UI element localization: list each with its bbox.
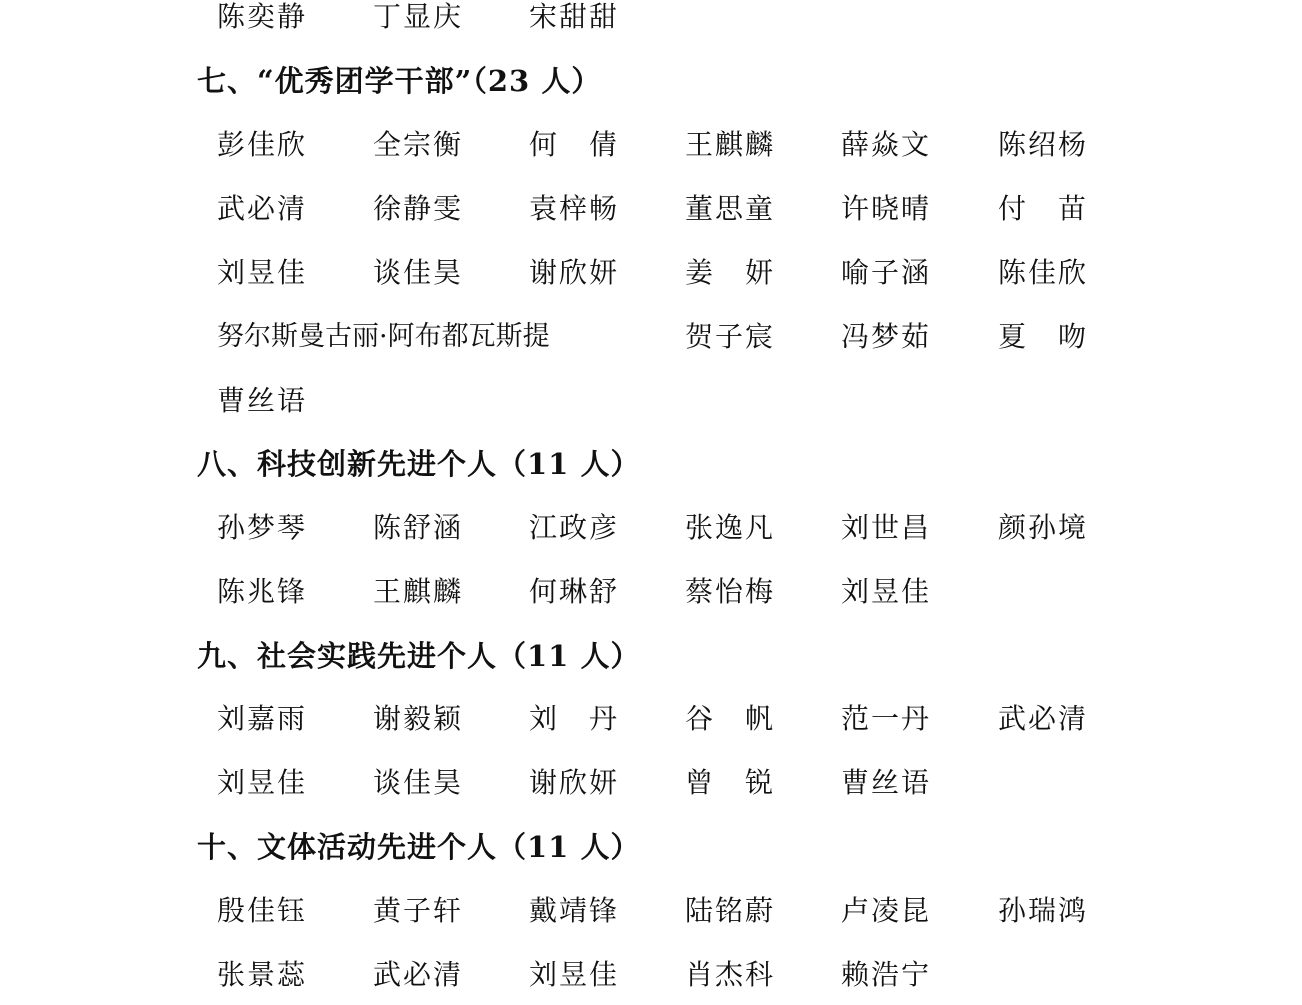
name: 全宗衡 (373, 125, 463, 165)
name: 赖浩宁 (841, 955, 931, 995)
name: 付 苗 (998, 189, 1088, 229)
name: 喻子涵 (841, 253, 931, 293)
section-heading-outstanding-cadres: 七、“优秀团学干部”（23 人） (197, 61, 601, 101)
name: 武必清 (373, 955, 463, 995)
name: 董思童 (685, 189, 775, 229)
name: 徐静雯 (373, 189, 463, 229)
name: 戴靖锋 (529, 891, 619, 931)
name-row: 陈奕静 丁显庆 宋甜甜 (0, 0, 1302, 37)
name: 姜 妍 (685, 253, 775, 293)
name: 武必清 (217, 189, 307, 229)
name: 宋甜甜 (529, 0, 619, 37)
name: 谢欣妍 (529, 253, 619, 293)
name: 谢毅颖 (373, 699, 463, 739)
name: 殷佳钰 (217, 891, 307, 931)
name: 武必清 (998, 699, 1088, 739)
name: 丁显庆 (373, 0, 463, 37)
section-heading-arts-sports: 十、文体活动先进个人（11 人） (197, 827, 640, 867)
name: 曹丝语 (841, 763, 931, 803)
name: 刘嘉雨 (217, 699, 307, 739)
name: 薛焱文 (841, 125, 931, 165)
name: 孙梦琴 (217, 508, 307, 548)
name: 彭佳欣 (217, 125, 307, 165)
name: 陈绍杨 (998, 125, 1088, 165)
name: 张逸凡 (685, 508, 775, 548)
name: 颜孙境 (998, 508, 1088, 548)
name: 谷 帆 (685, 699, 775, 739)
name: 卢凌昆 (841, 891, 931, 931)
name: 刘昱佳 (841, 572, 931, 612)
name: 许晓晴 (841, 189, 931, 229)
section-heading-tech-innovation: 八、科技创新先进个人（11 人） (197, 444, 640, 484)
name: 冯梦茹 (841, 317, 931, 357)
name: 谈佳昊 (373, 253, 463, 293)
name: 陈兆锋 (217, 572, 307, 612)
name: 何 倩 (529, 125, 619, 165)
name: 刘昱佳 (529, 955, 619, 995)
name: 王麒麟 (373, 572, 463, 612)
name: 袁梓畅 (529, 189, 619, 229)
name: 何琳舒 (529, 572, 619, 612)
name: 范一丹 (841, 699, 931, 739)
name-row: 刘昱佳 谈佳昊 谢欣妍 曾 锐 曹丝语 (0, 763, 1302, 803)
name-row: 刘昱佳 谈佳昊 谢欣妍 姜 妍 喻子涵 陈佳欣 (0, 253, 1302, 293)
name: 刘世昌 (841, 508, 931, 548)
document-page: 陈奕静 丁显庆 宋甜甜 七、“优秀团学干部”（23 人） 彭佳欣 全宗衡 何 倩… (0, 0, 1302, 1005)
name: 江政彦 (529, 508, 619, 548)
name: 陈舒涵 (373, 508, 463, 548)
name: 谈佳昊 (373, 763, 463, 803)
name: 刘昱佳 (217, 763, 307, 803)
name-row: 殷佳钰 黄子轩 戴靖锋 陆铭蔚 卢凌昆 孙瑞鸿 (0, 891, 1302, 931)
name: 肖杰科 (685, 955, 775, 995)
name-row: 武必清 徐静雯 袁梓畅 董思童 许晓晴 付 苗 (0, 189, 1302, 229)
name-row: 张景蕊 武必清 刘昱佳 肖杰科 赖浩宁 (0, 955, 1302, 995)
name: 曹丝语 (217, 381, 307, 421)
name: 蔡怡梅 (685, 572, 775, 612)
name: 谢欣妍 (529, 763, 619, 803)
name-row: 孙梦琴 陈舒涵 江政彦 张逸凡 刘世昌 颜孙境 (0, 508, 1302, 548)
name: 黄子轩 (373, 891, 463, 931)
name: 曾 锐 (685, 763, 775, 803)
name: 张景蕊 (217, 955, 307, 995)
name: 孙瑞鸿 (998, 891, 1088, 931)
name: 刘昱佳 (217, 253, 307, 293)
name: 夏 吻 (998, 317, 1088, 357)
name-row: 陈兆锋 王麒麟 何琳舒 蔡怡梅 刘昱佳 (0, 572, 1302, 612)
name-row: 刘嘉雨 谢毅颖 刘 丹 谷 帆 范一丹 武必清 (0, 699, 1302, 739)
name-row: 努尔斯曼古丽·阿布都瓦斯提 贺子宸 冯梦茹 夏 吻 (0, 317, 1302, 357)
name: 努尔斯曼古丽·阿布都瓦斯提 (217, 317, 550, 357)
name: 刘 丹 (529, 699, 619, 739)
name-row: 曹丝语 (0, 381, 1302, 421)
name: 陈佳欣 (998, 253, 1088, 293)
name: 王麒麟 (685, 125, 775, 165)
name: 陆铭蔚 (685, 891, 775, 931)
name: 陈奕静 (217, 0, 307, 37)
name: 贺子宸 (685, 317, 775, 357)
section-heading-social-practice: 九、社会实践先进个人（11 人） (197, 636, 640, 676)
name-row: 彭佳欣 全宗衡 何 倩 王麒麟 薛焱文 陈绍杨 (0, 125, 1302, 165)
